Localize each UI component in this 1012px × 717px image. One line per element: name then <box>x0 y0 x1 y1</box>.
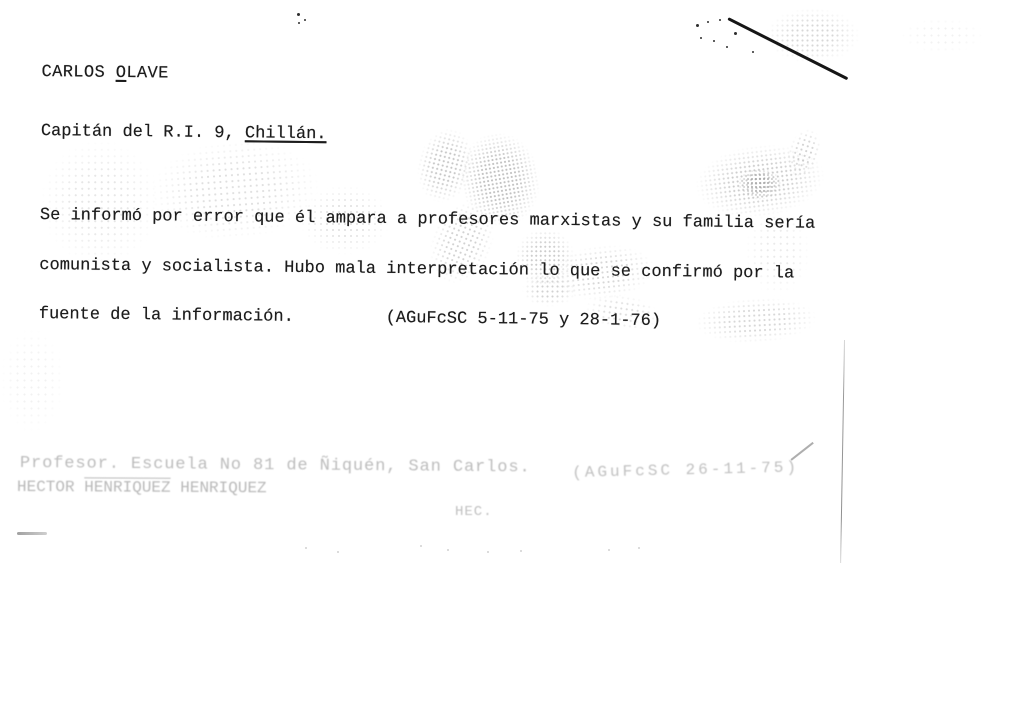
card-body-line: comunista y socialista. Hubo mala interp… <box>39 257 814 282</box>
faint-speck <box>420 545 422 547</box>
ink-speck <box>297 13 300 16</box>
bleedthrough-name-overlined: HENRIQUEZ <box>84 478 171 496</box>
bleedthrough-name-line: HECTOR HENRIQUEZ HENRIQUEZ <box>17 478 267 497</box>
faint-speck <box>337 551 339 553</box>
bleedthrough-occupation-line: Profesor. Escuela No 81 de Ñiquén, San C… <box>20 454 531 477</box>
ink-speck <box>734 32 737 35</box>
faint-speck <box>608 549 610 551</box>
ink-speck <box>707 21 709 23</box>
faint-speck <box>447 549 449 551</box>
card-subject-name: CARLOS OLAVE <box>41 65 816 90</box>
ink-speck <box>304 19 306 21</box>
scanned-card: CARLOS OLAVE Capitán del R.I. 9, Chillán… <box>0 0 1012 717</box>
role-underlined-place: Chillán. <box>245 124 327 144</box>
smudge-dash <box>17 532 47 535</box>
name-underlined-letter: O <box>116 64 127 83</box>
faint-speck <box>487 551 489 553</box>
noise-patch <box>900 18 985 53</box>
card-body: Se informó por error que él ampara a pro… <box>38 175 815 365</box>
ink-speck <box>298 22 300 24</box>
name-rest: LAVE <box>126 64 169 83</box>
bleedthrough-name-last: HENRIQUEZ <box>171 479 267 498</box>
faint-speck <box>638 547 640 549</box>
bleedthrough-source-ref: (AGuFcSC 26-11-75) <box>572 458 799 482</box>
ink-speck <box>696 24 699 27</box>
bleedthrough-partial-stamp: HEC. <box>455 504 493 520</box>
name-prefix: CARLOS <box>41 63 115 83</box>
pen-tick-mark <box>791 442 814 460</box>
vertical-crease-line <box>840 340 845 563</box>
faint-speck <box>520 550 522 552</box>
card-subject-role: Capitán del R.I. 9, Chillán. <box>41 123 816 148</box>
ink-speck <box>719 19 721 21</box>
bleedthrough-name-first: HECTOR <box>17 478 84 496</box>
card-body-line: fuente de la información. (AGuFcSC 5-11-… <box>39 307 814 332</box>
card-body-line: Se informó por error que él ampara a pro… <box>40 208 815 233</box>
typed-text-block: CARLOS OLAVE Capitán del R.I. 9, Chillán… <box>38 32 817 398</box>
role-prefix: Capitán del R.I. 9, <box>41 121 245 142</box>
faint-speck <box>305 547 307 549</box>
